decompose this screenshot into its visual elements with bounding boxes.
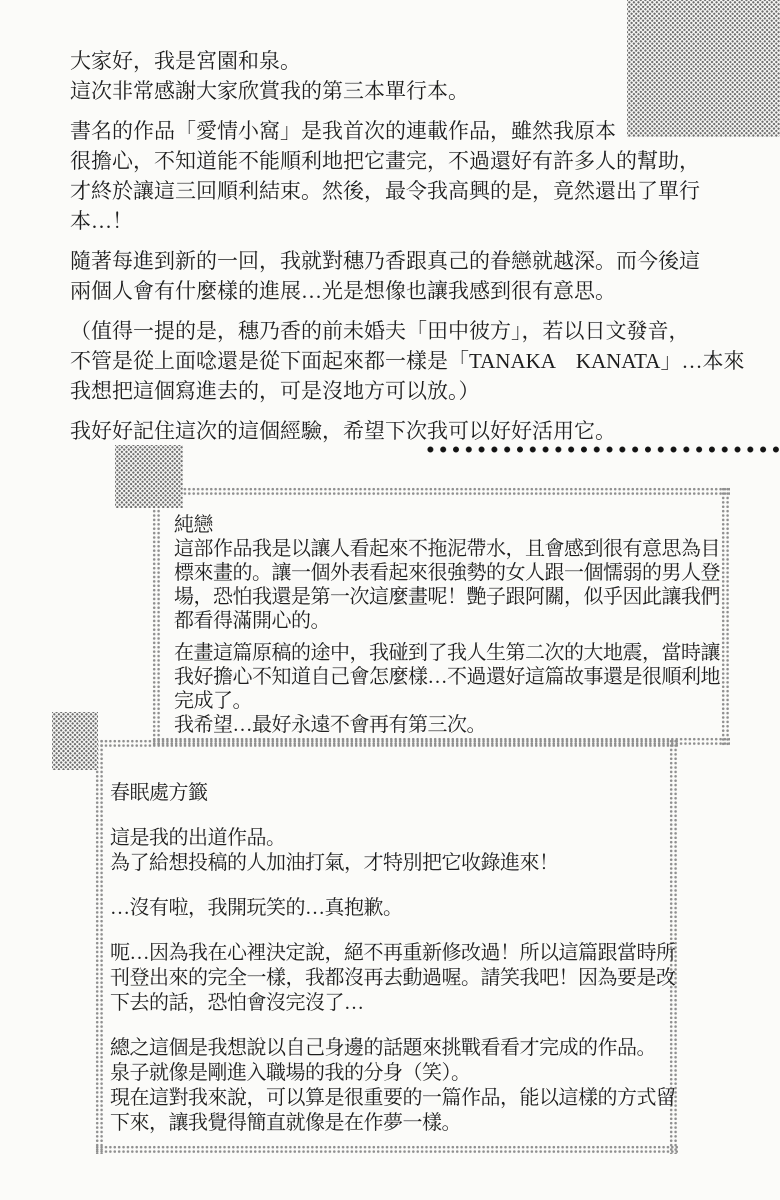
text-line: 兩個人會有什麼樣的進展…光是想像也讓我感到很有意思。 [70, 276, 760, 306]
text-line: 這部作品我是以讓人看起來不拖泥帶水，且會感到很有意思為目 [174, 537, 719, 561]
tanaka-kanata-paragraph: （值得一提的是，穗乃香的前未婚夫「田中彼方」，若以日文發音， 不管是從上面唸還是… [70, 316, 760, 406]
text-line: …沒有啦，我開玩笑的…真抱歉。 [110, 896, 670, 921]
box-border-right [721, 487, 730, 746]
box-border-left [152, 487, 161, 746]
box-border-left [95, 739, 104, 1154]
junren-comment-box: 純戀 這部作品我是以讓人看起來不拖泥帶水，且會感到很有意思為目 標來畫的。讓一個… [152, 487, 730, 746]
afterword-page: 大家好，我是宮園和泉。 這次非常感謝大家欣賞我的第三本單行本。 書名的作品「愛情… [0, 0, 780, 1200]
text-line: 才終於讓這三回順利結束。然後，最令我高興的是，竟然還出了單行 [70, 176, 760, 206]
box-title: 純戀 [174, 513, 719, 537]
text-line: 完成了。 [174, 689, 719, 713]
text-line: 這是我的出道作品。 [110, 826, 670, 851]
halftone-patch-box1-corner [115, 445, 183, 508]
text-line: 泉子就像是剛進入職場的我的分身（笑）。 [110, 1061, 670, 1086]
text-line: 我想把這個寫進去的，可是沒地方可以放。） [70, 376, 760, 406]
text-line: 下來，讓我覺得簡直就像是在作夢一樣。 [110, 1111, 670, 1136]
halftone-patch-top-right [627, 0, 780, 137]
text-line: 都看得滿開心的。 [174, 609, 719, 633]
paragraph-gap [110, 1016, 670, 1036]
text-line: 本…！ [70, 206, 760, 236]
spring-sleep-comment-content: 春眠處方籤 這是我的出道作品。 為了給想投稿的人加油打氣，才特別把它收錄進來！ … [110, 781, 670, 1136]
spring-sleep-comment-box: 春眠處方籤 這是我的出道作品。 為了給想投稿的人加油打氣，才特別把它收錄進來！ … [95, 739, 678, 1154]
text-line: 很擔心，不知道能不能順利地把它畫完，不過還好有許多人的幫助， [70, 146, 760, 176]
text-line: 為了給想投稿的人加油打氣，才特別把它收錄進來！ [110, 851, 670, 876]
text-line: 場，恐怕我還是第一次這麼畫呢！艷子跟阿關，似乎因此讓我們 [174, 585, 719, 609]
closing-paragraph: 我好好記住這次的這個經驗，希望下次我可以好好活用它。 [70, 416, 760, 446]
text-line: 我好擔心不知道自己會怎麼樣…不過還好這篇故事還是很順利地 [174, 665, 719, 689]
text-line: 刊登出來的完全一樣，我都沒再去動過喔。請笑我吧！因為要是改 [110, 966, 670, 991]
text-line: 標來畫的。讓一個外表看起來很強勢的女人跟一個懦弱的男人登 [174, 561, 719, 585]
text-line: 在畫這篇原稿的途中，我碰到了我人生第二次的大地震，當時讓 [174, 641, 719, 665]
box-title: 春眠處方籤 [110, 781, 670, 806]
box-border-top [95, 739, 678, 748]
paragraph-gap [174, 633, 719, 641]
paragraph-gap [110, 876, 670, 896]
text-line: 我希望…最好永遠不會再有第三次。 [174, 713, 719, 737]
text-line: 下去的話，恐怕會沒完沒了… [110, 991, 670, 1016]
characters-paragraph: 隨著每進到新的一回，我就對穗乃香跟真己的眷戀就越深。而今後這 兩個人會有什麼樣的… [70, 246, 760, 306]
box-border-bottom [95, 1145, 678, 1154]
paragraph-gap [110, 921, 670, 941]
halftone-patch-box2-corner [52, 712, 98, 770]
text-line: 不管是從上面唸還是從下面起來都一樣是「TANAKA KANATA」…本來 [70, 346, 760, 376]
text-line: 呃…因為我在心裡決定說，絕不再重新修改過！所以這篇跟當時所 [110, 941, 670, 966]
text-line: 隨著每進到新的一回，我就對穗乃香跟真己的眷戀就越深。而今後這 [70, 246, 760, 276]
text-line: 總之這個是我想說以自己身邊的話題來挑戰看看才完成的作品。 [110, 1036, 670, 1061]
text-line: 現在這對我來說，可以算是很重要的一篇作品，能以這樣的方式留 [110, 1086, 670, 1111]
paragraph-gap [110, 806, 670, 826]
text-line: 我好好記住這次的這個經驗，希望下次我可以好好活用它。 [70, 416, 760, 446]
junren-comment-content: 純戀 這部作品我是以讓人看起來不拖泥帶水，且會感到很有意思為目 標來畫的。讓一個… [174, 513, 719, 737]
box-border-top [152, 487, 730, 496]
text-line: （值得一提的是，穗乃香的前未婚夫「田中彼方」，若以日文發音， [70, 316, 760, 346]
